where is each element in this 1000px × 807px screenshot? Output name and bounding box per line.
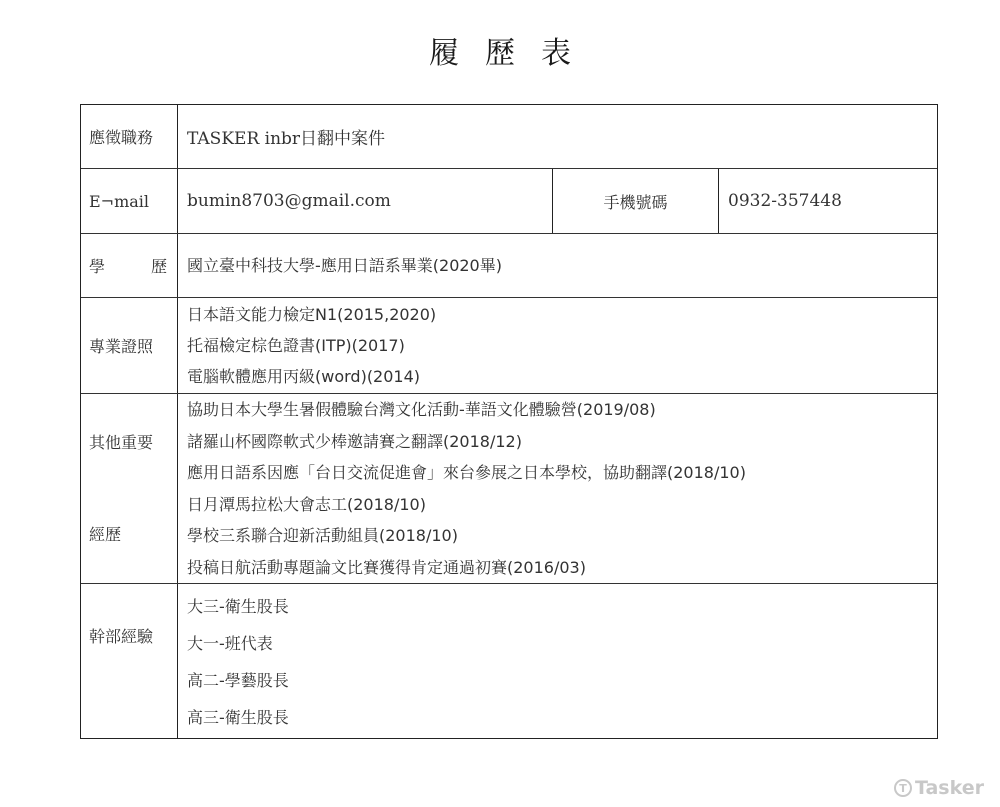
experience-label: 其他重要 經歷 — [81, 394, 178, 583]
phone-value: 0932-357448 — [719, 169, 937, 233]
leadership-list: 大三-衛生股長 大一-班代表 高二-學藝股長 高三-衛生股長 — [178, 584, 937, 738]
education-label: 學 歷 — [81, 234, 178, 297]
list-item: 電腦軟體應用丙級(word)(2014) — [187, 361, 420, 392]
list-item: 日月潭馬拉松大會志工(2018/10) — [187, 489, 426, 521]
row-experience: 其他重要 經歷 協助日本大學生暑假體驗台灣文化活動-華語文化體驗營(2019/0… — [81, 393, 937, 583]
tasker-logo-icon: T — [894, 779, 912, 797]
education-text: 國立臺中科技大學-應用日語系畢業(2020畢) — [187, 250, 502, 282]
list-item: 諸羅山杯國際軟式少棒邀請賽之翻譯(2018/12) — [187, 426, 522, 458]
certifications-label: 專業證照 — [81, 298, 178, 393]
row-position: 應徵職務 TASKER inbr日翻中案件 — [81, 105, 937, 168]
leadership-label: 幹部經驗 — [81, 584, 178, 738]
experience-label-bottom: 經歷 — [89, 522, 121, 545]
experience-label-top: 其他重要 — [89, 430, 153, 453]
row-leadership: 幹部經驗 大三-衛生股長 大一-班代表 高二-學藝股長 高三-衛生股長 — [81, 583, 937, 738]
row-contact: E¬mail bumin8703@gmail.com 手機號碼 0932-357… — [81, 168, 937, 233]
list-item: 高三-衛生股長 — [187, 699, 289, 736]
list-item: 大三-衛生股長 — [187, 588, 289, 625]
education-value: 國立臺中科技大學-應用日語系畢業(2020畢) — [178, 234, 937, 297]
list-item: 日本語文能力檢定N1(2015,2020) — [187, 299, 436, 330]
position-value: TASKER inbr日翻中案件 — [178, 105, 937, 168]
leadership-label-text: 幹部經驗 — [89, 624, 153, 647]
certifications-list: 日本語文能力檢定N1(2015,2020) 托福檢定棕色證書(ITP)(2017… — [178, 298, 937, 393]
resume-table: 應徵職務 TASKER inbr日翻中案件 E¬mail bumin8703@g… — [80, 104, 938, 739]
list-item: 投稿日航活動專題論文比賽獲得肯定通過初賽(2016/03) — [187, 552, 586, 584]
email-label: E¬mail — [81, 169, 178, 233]
position-label: 應徵職務 — [81, 105, 178, 168]
tasker-watermark: T Tasker — [894, 777, 984, 799]
list-item: 應用日語系因應「台日交流促進會」來台參展之日本學校，協助翻譯(2018/10) — [187, 457, 746, 489]
row-certifications: 專業證照 日本語文能力檢定N1(2015,2020) 托福檢定棕色證書(ITP)… — [81, 297, 937, 393]
watermark-text: Tasker — [915, 777, 984, 799]
list-item: 高二-學藝股長 — [187, 662, 289, 699]
phone-label: 手機號碼 — [552, 169, 719, 233]
education-label-left: 學 — [89, 254, 105, 277]
list-item: 學校三系聯合迎新活動組員(2018/10) — [187, 520, 458, 552]
document-title: 履歷表 — [0, 28, 1000, 72]
list-item: 托福檢定棕色證書(ITP)(2017) — [187, 330, 405, 361]
email-value: bumin8703@gmail.com — [178, 169, 552, 233]
row-education: 學 歷 國立臺中科技大學-應用日語系畢業(2020畢) — [81, 233, 937, 297]
education-label-right: 歷 — [151, 254, 167, 277]
experience-list: 協助日本大學生暑假體驗台灣文化活動-華語文化體驗營(2019/08) 諸羅山杯國… — [178, 394, 937, 583]
list-item: 大一-班代表 — [187, 625, 273, 662]
list-item: 協助日本大學生暑假體驗台灣文化活動-華語文化體驗營(2019/08) — [187, 394, 656, 426]
